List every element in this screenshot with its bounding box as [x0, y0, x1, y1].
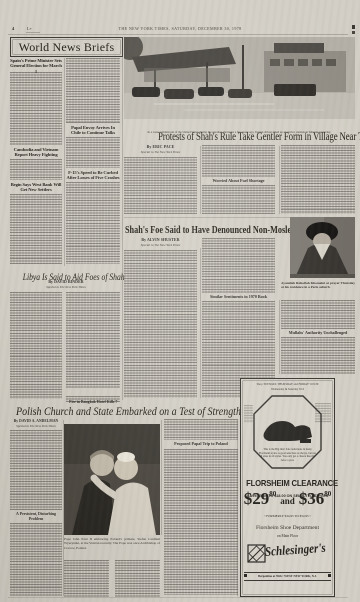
- body-text: [10, 430, 62, 510]
- ad-floor: on Main Floor: [241, 534, 334, 538]
- body-text: [115, 560, 160, 597]
- body-text: [10, 72, 62, 145]
- body-text: [281, 300, 355, 329]
- florsheim-ad: Shop TUESDAY, THURSDAY and FRIDAY 'til 9…: [240, 378, 335, 597]
- column-rule: [279, 300, 280, 374]
- body-text: [66, 58, 120, 123]
- price-joiner: and: [280, 496, 295, 506]
- masthead-dateline: THE NEW YORK TIMES, SATURDAY, DECEMBER 3…: [0, 26, 360, 31]
- column-rule: [64, 58, 65, 266]
- pope-caption: Pope John Paul II embracing Poland's pri…: [64, 537, 160, 557]
- price-a-cents: 80: [269, 490, 276, 498]
- shahs-foe-headline: Shah's Foe Said to Have Denounced Non-Mo…: [125, 220, 289, 238]
- body-text: [164, 449, 238, 595]
- khomeini-caption: Ayatollah Ruhollah Khomeini at prayer Th…: [281, 281, 355, 295]
- ad-hours-line-2: Wednesday & Saturday 'til 6: [245, 388, 330, 392]
- ad-address: Bergenline at 59th • WEST NEW YORK, N.J.: [244, 573, 331, 580]
- body-text: [164, 419, 238, 440]
- body-text: [10, 159, 62, 180]
- body-text: [10, 523, 62, 596]
- libya-credit: Special to The New York Times: [10, 285, 122, 289]
- body-text: [281, 337, 355, 374]
- ad-octagon-text: This is the Big One! Sale reductions in …: [258, 448, 317, 462]
- polish-credit: Special to The New York Times: [10, 424, 62, 428]
- brief-headline-papal-envoy: Papal Envoy Arrives In Chile to Continue…: [66, 125, 120, 136]
- shahs-foe-byline: By ALVIN SHUSTER: [124, 238, 197, 242]
- shahs-foe-subhead-2: Mullahs' Authority Unchallenged: [281, 331, 355, 336]
- pope-photo: [64, 424, 160, 535]
- briefs-title-box: World News Briefs: [10, 37, 123, 57]
- ad-department: Florsheim Shoe Department: [241, 525, 334, 531]
- khomeini-photo: [290, 217, 355, 278]
- protests-byline: By ERIC PACE: [124, 145, 197, 149]
- body-text: [66, 292, 120, 388]
- folio-rule: [8, 34, 348, 35]
- brief-headline-cambodia: Cambodia and Vietnam Report Heavy Fighti…: [10, 147, 62, 158]
- column-rule: [200, 248, 201, 398]
- column-rule: [200, 146, 201, 214]
- protests-headline: Protests of Shah's Rule Take Gentler For…: [124, 127, 355, 145]
- body-text: [66, 182, 120, 264]
- brief-headline-f15: F-15's Speed to Be Curbed After Losses o…: [66, 170, 120, 181]
- price-b-cents: 80: [324, 490, 331, 498]
- ad-store-name: Schlesinger's: [265, 543, 331, 561]
- body-text: [124, 157, 197, 214]
- ad-prices: $2980 and $3680: [241, 489, 334, 509]
- column-rule: [279, 146, 280, 214]
- body-text: [281, 145, 355, 214]
- body-text: [64, 560, 109, 597]
- body-text: [10, 194, 62, 264]
- ad-fine-print: [315, 403, 331, 423]
- protests-credit: Special to The New York Times: [124, 150, 197, 154]
- binding-mark: [352, 25, 355, 29]
- binding-mark: [352, 31, 355, 34]
- briefs-title: World News Briefs: [11, 38, 122, 56]
- body-text: [202, 185, 275, 214]
- polish-subhead-2: Proposed Papal Trip to Poland: [164, 442, 238, 447]
- column-rule: [161, 420, 162, 535]
- ad-formerly: • FORMERLY $34.95 TO $54.95 •: [241, 514, 334, 518]
- body-text: [124, 250, 197, 398]
- newspaper-page: 4 L+ THE NEW YORK TIMES, SATURDAY, DECEM…: [0, 0, 360, 602]
- body-text: [202, 145, 275, 177]
- polish-headline: Polish Church and State Embarked on a Te…: [16, 402, 254, 420]
- body-text: [202, 238, 275, 293]
- protests-subhead: Worried About Fuel Shortage: [202, 179, 275, 184]
- body-text: [10, 292, 62, 399]
- shahs-foe-credit: Special to The New York Times: [124, 243, 197, 247]
- gas-station-photo: [124, 37, 355, 119]
- price-a: $29: [244, 489, 270, 508]
- ad-fine-print: [244, 405, 253, 423]
- shahs-foe-subhead-1: Similar Sentiments in 1970 Book: [202, 295, 275, 300]
- price-b: $36: [299, 489, 325, 508]
- page-bottom-rule: [8, 597, 348, 598]
- brief-headline-begin: Begin Says West Bank Will Get New Settle…: [10, 182, 62, 193]
- body-text: [66, 137, 120, 168]
- polish-byline: By DAVID A. ANDELMAN: [10, 419, 62, 423]
- column-rule: [122, 37, 123, 400]
- corner-square: [328, 574, 331, 577]
- ad-address-bar: Bergenline at 59th • WEST NEW YORK, N.J.: [244, 572, 331, 581]
- libya-byline: By DAVID BINDER: [10, 280, 122, 284]
- corner-square: [244, 574, 247, 577]
- polish-subhead-1: A Persistent, Disturbing Problem: [10, 512, 62, 521]
